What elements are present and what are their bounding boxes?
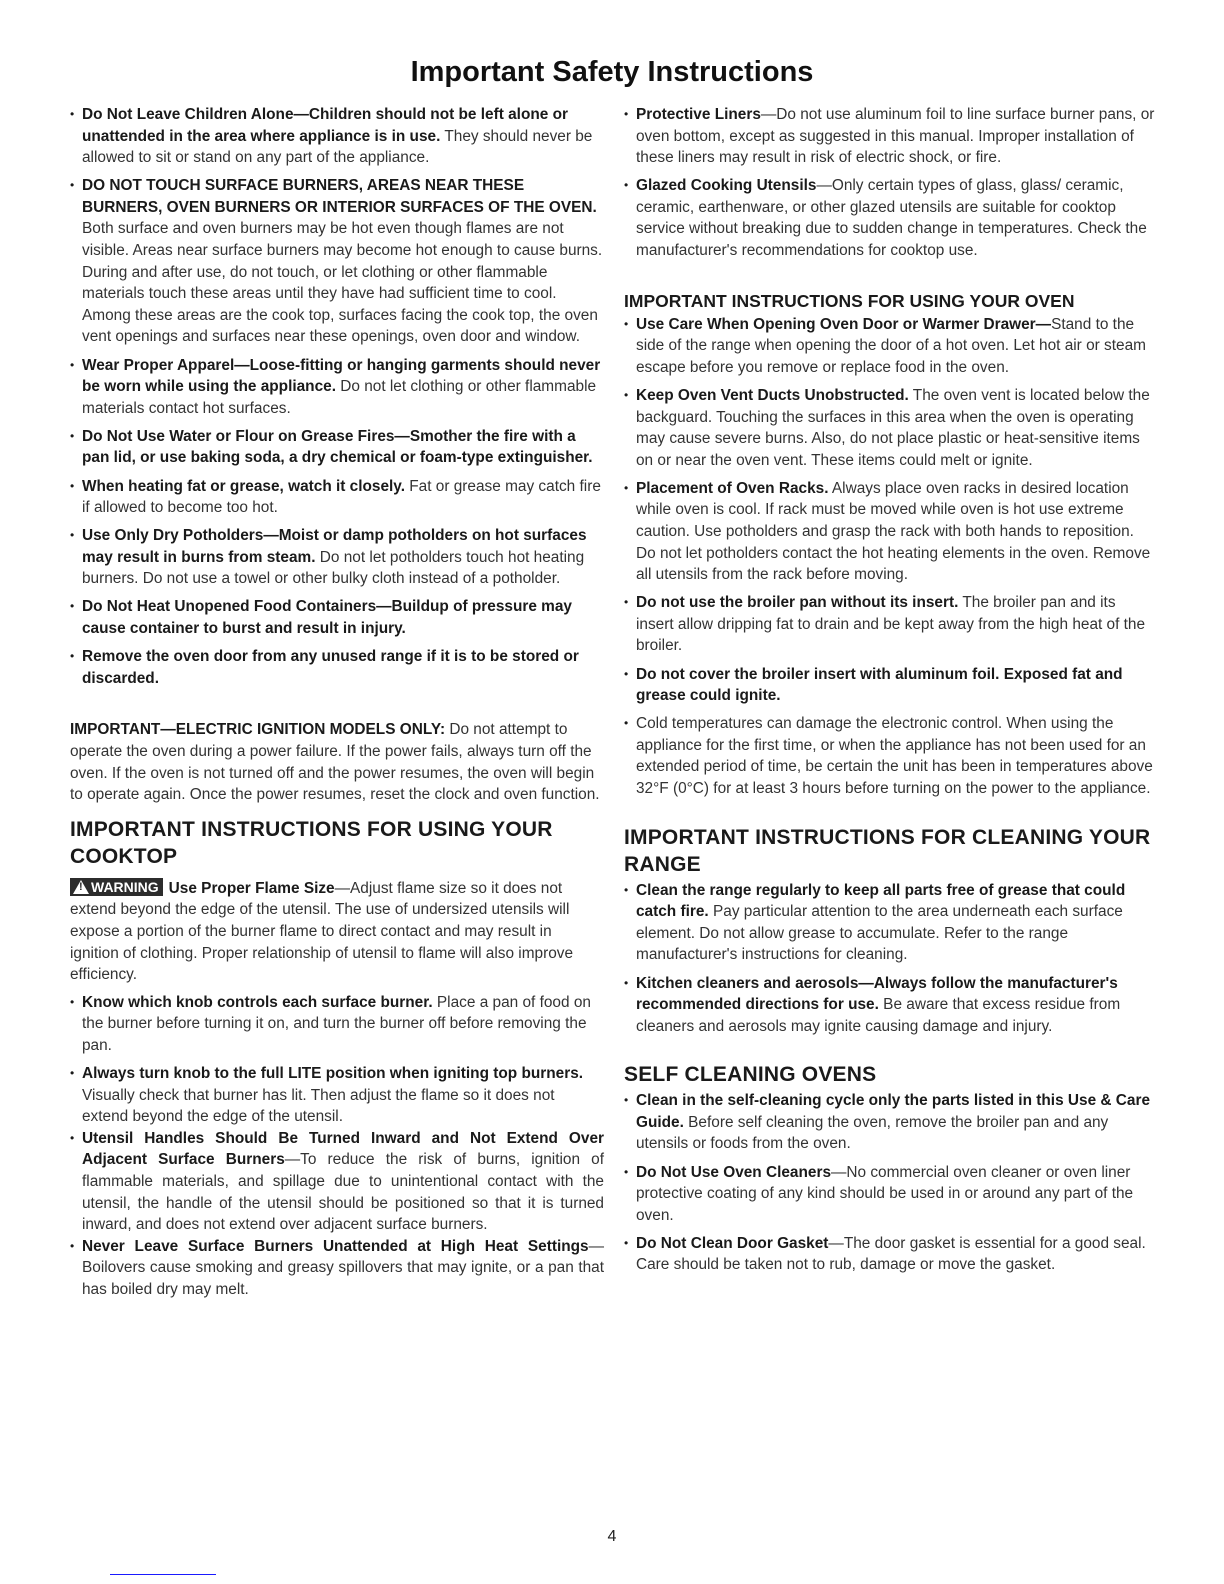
list-item: Do Not Leave Children Alone—Children sho… [70, 104, 604, 169]
list-item: Keep Oven Vent Ducts Unobstructed. The o… [624, 385, 1156, 471]
section-heading-cooktop: IMPORTANT INSTRUCTIONS FOR USING YOUR CO… [70, 816, 604, 870]
list-item: Never Leave Surface Burners Unattended a… [70, 1236, 604, 1301]
section-heading-cleaning: IMPORTANT INSTRUCTIONS FOR CLEANING YOUR… [624, 824, 1156, 878]
list-item: Always turn knob to the full LITE positi… [70, 1063, 604, 1128]
list-item: Kitchen cleaners and aerosols—Always fol… [624, 973, 1156, 1038]
list-item: Use Care When Opening Oven Door or Warme… [624, 314, 1156, 379]
list-item: Utensil Handles Should Be Turned Inward … [70, 1128, 604, 1236]
page-number: 4 [0, 1528, 1224, 1546]
electric-ignition-notice: IMPORTANT—ELECTRIC IGNITION MODELS ONLY:… [70, 719, 604, 805]
right-column: Protective Liners—Do not use aluminum fo… [624, 104, 1156, 1283]
warning-badge: WARNING [70, 878, 163, 896]
list-item: Do Not Heat Unopened Food Containers—Bui… [70, 596, 604, 639]
list-item: Do not cover the broiler insert with alu… [624, 664, 1156, 707]
list-item: Do Not Use Oven Cleaners—No commercial o… [624, 1162, 1156, 1227]
page-title: Important Safety Instructions [0, 56, 1224, 89]
section-heading-self-cleaning: SELF CLEANING OVENS [624, 1061, 1156, 1088]
list-item: When heating fat or grease, watch it clo… [70, 476, 604, 519]
list-item: Use Only Dry Potholders—Moist or damp po… [70, 525, 604, 590]
list-item: Do Not Use Water or Flour on Grease Fire… [70, 426, 604, 469]
section-heading-oven: IMPORTANT INSTRUCTIONS FOR USING YOUR OV… [624, 290, 1156, 312]
warning-paragraph: WARNINGUse Proper Flame Size—Adjust flam… [70, 878, 604, 986]
list-item: Remove the oven door from any unused ran… [70, 646, 604, 689]
left-column: Do Not Leave Children Alone—Children sho… [70, 104, 604, 1307]
list-item: Clean the range regularly to keep all pa… [624, 880, 1156, 966]
list-item: Know which knob controls each surface bu… [70, 992, 604, 1057]
list-item: Do not use the broiler pan without its i… [624, 592, 1156, 657]
list-item: Do Not Clean Door Gasket—The door gasket… [624, 1233, 1156, 1276]
warning-triangle-icon [73, 880, 89, 894]
list-item: Glazed Cooking Utensils—Only certain typ… [624, 175, 1156, 261]
list-item: Wear Proper Apparel—Loose-fitting or han… [70, 355, 604, 420]
list-item: DO NOT TOUCH SURFACE BURNERS, AREAS NEAR… [70, 175, 604, 348]
list-item: Clean in the self-cleaning cycle only th… [624, 1090, 1156, 1155]
footer-rule [110, 1574, 216, 1575]
list-item: Protective Liners—Do not use aluminum fo… [624, 104, 1156, 169]
list-item: Placement of Oven Racks. Always place ov… [624, 478, 1156, 586]
list-item: Cold temperatures can damage the electro… [624, 713, 1156, 799]
